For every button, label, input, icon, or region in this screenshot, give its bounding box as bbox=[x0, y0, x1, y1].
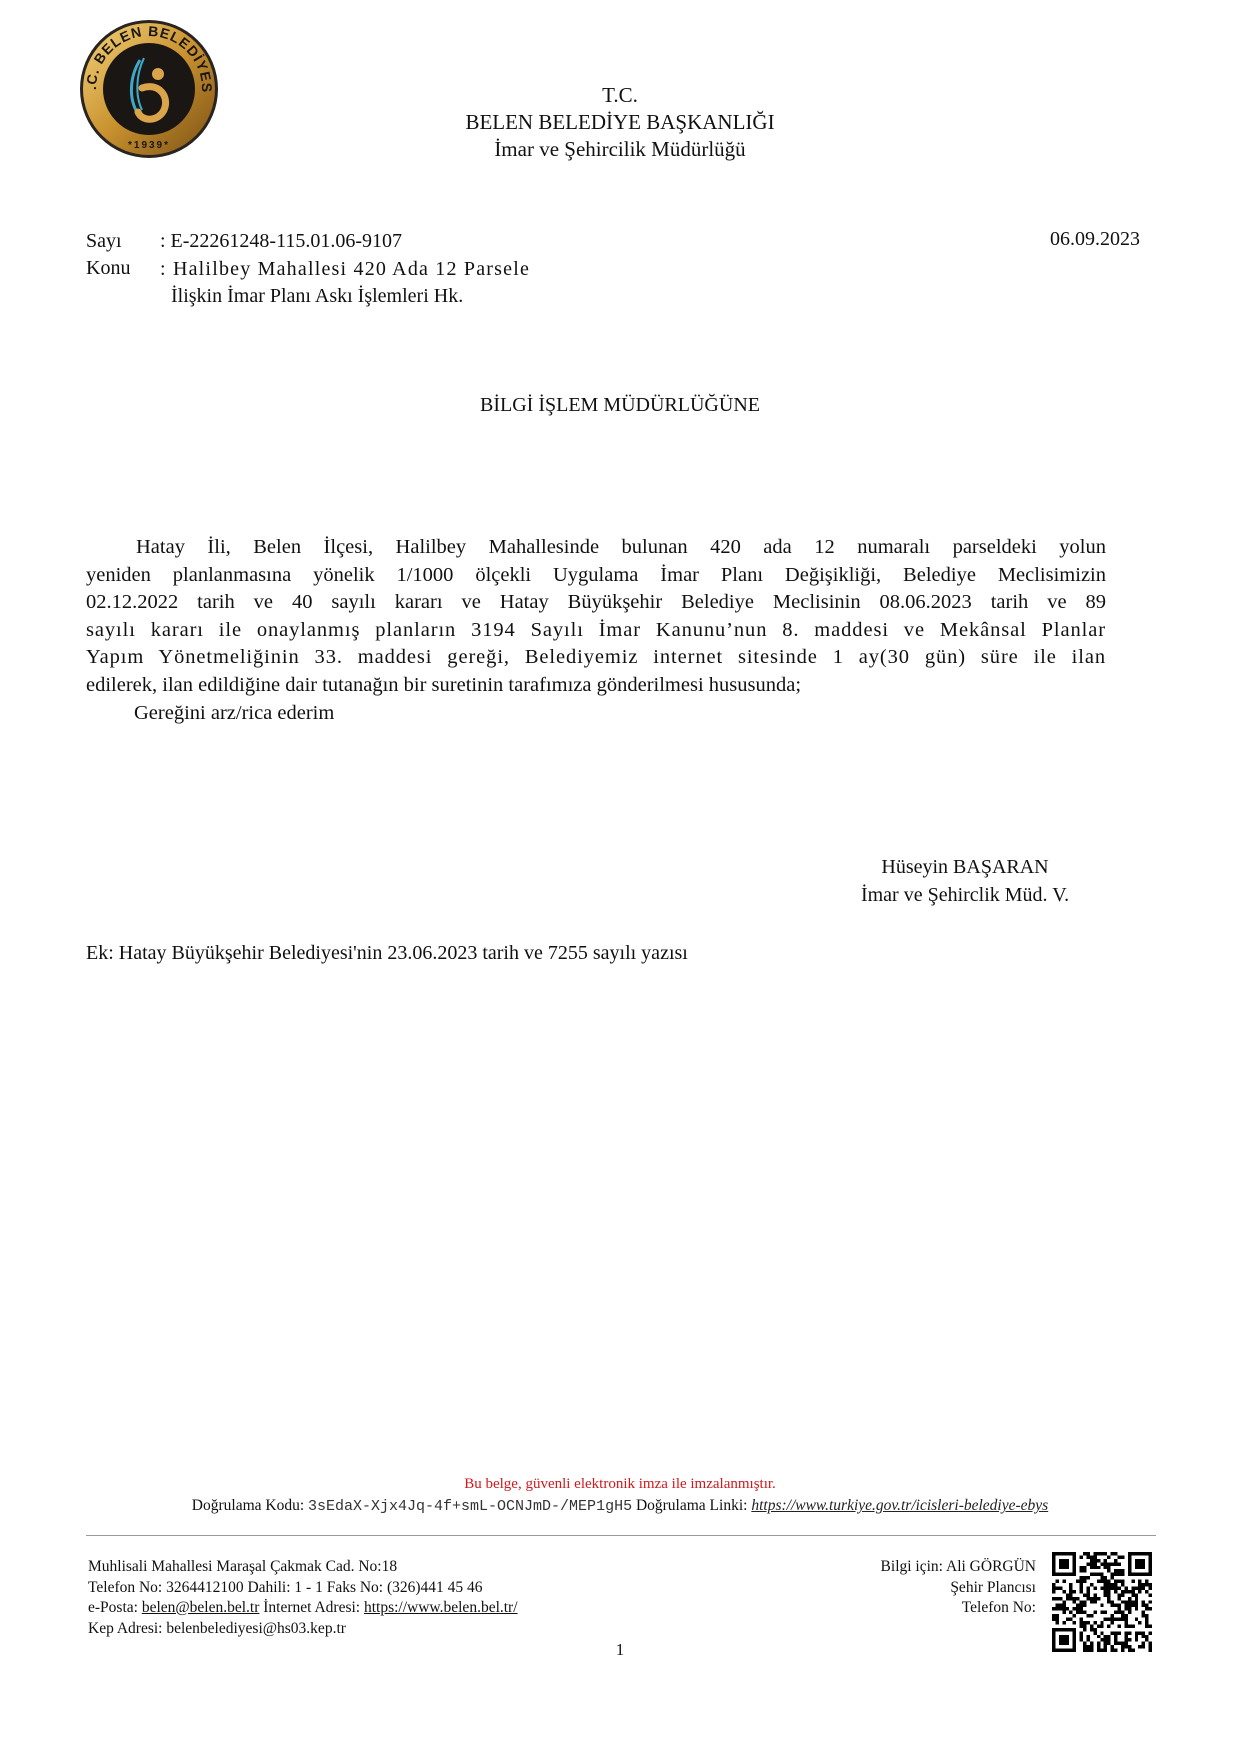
attachment-note: Ek: Hatay Büyükşehir Belediyesi'nin 23.0… bbox=[86, 942, 688, 965]
letter-body: Hatay İli, Belen İlçesi, Halilbey Mahall… bbox=[86, 534, 1106, 727]
web-label: İnternet Adresi: bbox=[263, 1599, 360, 1616]
page-number: 1 bbox=[0, 1640, 1240, 1660]
contact-address-block: Muhlisali Mahallesi Maraşal Çakmak Cad. … bbox=[88, 1557, 518, 1639]
footer-divider bbox=[86, 1535, 1156, 1536]
recipient: BİLGİ İŞLEM MÜDÜRLÜĞÜNE bbox=[0, 394, 1240, 417]
body-line: edilerek, ilan edildiğine dair tutanağın… bbox=[86, 672, 1106, 700]
info-contact-name: Bilgi için: Ali GÖRGÜN bbox=[820, 1557, 1036, 1578]
info-contact-phone: Telefon No: bbox=[820, 1598, 1036, 1619]
body-line: 02.12.2022 tarih ve 40 sayılı kararı ve … bbox=[86, 589, 1106, 617]
verify-code-label: Doğrulama Kodu: bbox=[192, 1497, 304, 1514]
email-link[interactable]: belen@belen.bel.tr bbox=[142, 1599, 260, 1616]
sayi-label: Sayı bbox=[86, 228, 122, 255]
konu-value-line1: : Halilbey Mahallesi 420 Ada 12 Parsele bbox=[160, 256, 530, 283]
verification-line: Doğrulama Kodu: 3sEdaX-Xjx4Jq-4f+smL-OCN… bbox=[0, 1497, 1240, 1515]
body-line: Hatay İli, Belen İlçesi, Halilbey Mahall… bbox=[86, 534, 1106, 562]
info-contact-role: Şehir Plancısı bbox=[820, 1578, 1036, 1599]
document-date: 06.09.2023 bbox=[1050, 228, 1140, 251]
verify-link-label: Doğrulama Linki: bbox=[636, 1497, 748, 1514]
e-signature-note: Bu belge, güvenli elektronik imza ile im… bbox=[0, 1476, 1240, 1493]
email-label: e-Posta: bbox=[88, 1599, 138, 1616]
verify-code: 3sEdaX-Xjx4Jq-4f+smL-OCNJmD-/MEP1gH5 bbox=[308, 1498, 632, 1515]
qr-code-icon bbox=[1052, 1552, 1152, 1652]
header-tc: T.C. bbox=[0, 82, 1240, 109]
closing-line: Gereğini arz/rica ederim bbox=[86, 700, 1106, 728]
konu-value-line2: İlişkin İmar Planı Askı İşlemleri Hk. bbox=[171, 283, 463, 310]
address: Muhlisali Mahallesi Maraşal Çakmak Cad. … bbox=[88, 1557, 518, 1578]
header-department: İmar ve Şehircilik Müdürlüğü bbox=[0, 136, 1240, 163]
signer-title: İmar ve Şehirclik Müd. V. bbox=[820, 881, 1110, 909]
body-line: sayılı kararı ile onaylanmış planların 3… bbox=[86, 617, 1106, 645]
website-link[interactable]: https://www.belen.bel.tr/ bbox=[364, 1599, 518, 1616]
sayi-value: : E-22261248-115.01.06-9107 bbox=[160, 228, 402, 255]
verify-link[interactable]: https://www.turkiye.gov.tr/icisleri-bele… bbox=[751, 1497, 1048, 1514]
info-contact-block: Bilgi için: Ali GÖRGÜN Şehir Plancısı Te… bbox=[820, 1557, 1036, 1619]
body-line: yeniden planlanmasına yönelik 1/1000 ölç… bbox=[86, 562, 1106, 590]
kep-address: Kep Adresi: belenbelediyesi@hs03.kep.tr bbox=[88, 1619, 518, 1640]
email-web-line: e-Posta: belen@belen.bel.tr İnternet Adr… bbox=[88, 1598, 518, 1619]
konu-label: Konu bbox=[86, 255, 130, 282]
body-line: Yapım Yönetmeliğinin 33. maddesi gereği,… bbox=[86, 644, 1106, 672]
signature-block: Hüseyin BAŞARAN İmar ve Şehirclik Müd. V… bbox=[820, 853, 1110, 909]
header-municipality: BELEN BELEDİYE BAŞKANLIĞI bbox=[0, 109, 1240, 136]
signer-name: Hüseyin BAŞARAN bbox=[820, 853, 1110, 881]
phone-fax: Telefon No: 3264412100 Dahili: 1 - 1 Fak… bbox=[88, 1578, 518, 1599]
